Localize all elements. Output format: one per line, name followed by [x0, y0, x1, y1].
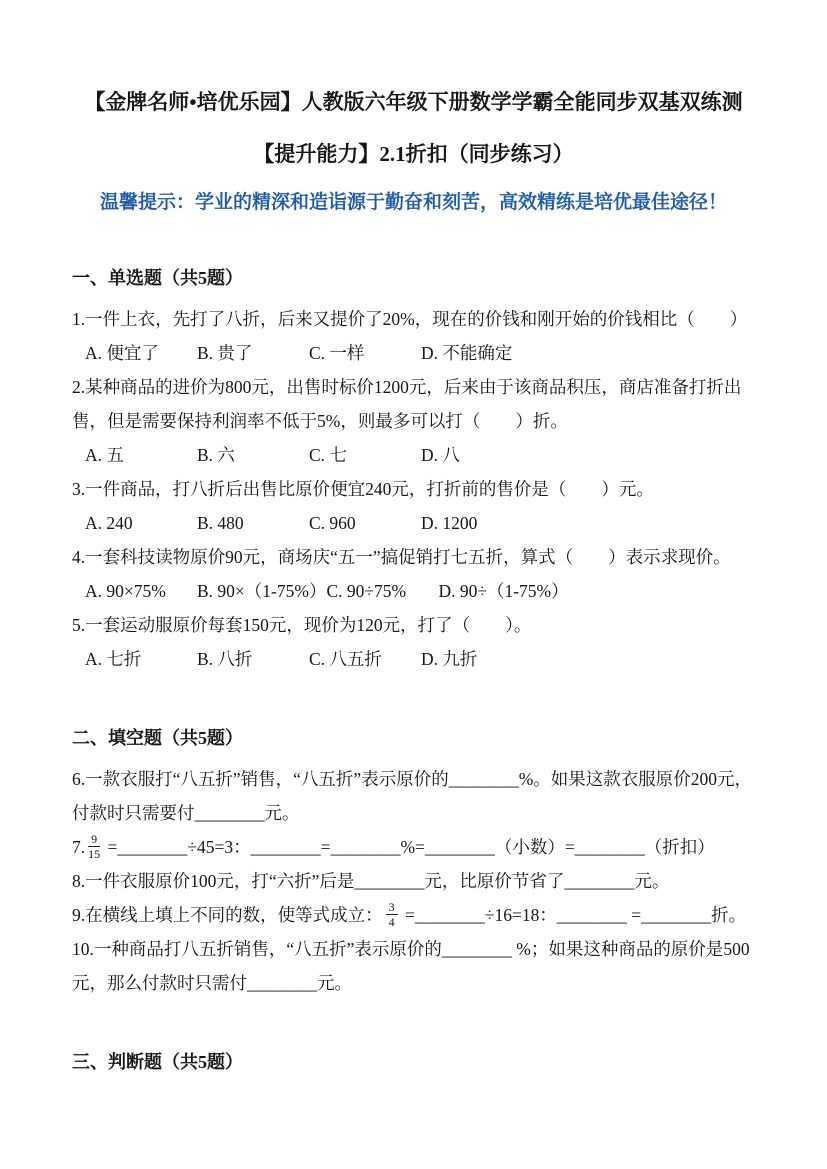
option-1b: B. 贵了 — [197, 336, 309, 370]
question-7-fraction: 915 — [88, 833, 100, 861]
option-2b: B. 六 — [197, 438, 309, 472]
question-9: 9.在横线上填上不同的数，使等式成立：34 =________÷16=18：__… — [72, 898, 755, 932]
options-row-3: A. 240B. 480C. 960D. 1200 — [72, 506, 755, 540]
option-2d: D. 八 — [421, 438, 533, 472]
option-1a: A. 便宜了 — [85, 336, 197, 370]
option-2a: A. 五 — [85, 438, 197, 472]
tip-text: 温馨提示：学业的精深和造诣源于勤奋和刻苦，高效精练是培优最佳途径！ — [72, 190, 755, 216]
fraction-numerator: 9 — [88, 833, 100, 848]
question-5: 5.一套运动服原价每套150元，现价为120元，打了（ ）。 — [72, 608, 755, 642]
options-row-1: A. 便宜了B. 贵了C. 一样D. 不能确定 — [72, 336, 755, 370]
question-3: 3.一件商品，打八折后出售比原价便宜240元，打折前的售价是（ ）元。 — [72, 472, 755, 506]
page-subtitle: 【提升能力】2.1折扣（同步练习） — [72, 140, 755, 168]
option-3a: A. 240 — [85, 506, 197, 540]
question-9-rest: =________÷16=18：________ =________折。 — [401, 905, 746, 925]
question-4: 4.一套科技读物原价90元，商场庆“五一”搞促销打七五折，算式（ ）表示求现价。 — [72, 540, 755, 574]
option-4b: B. 90×（1-75%） — [197, 574, 326, 608]
option-5a: A. 七折 — [85, 642, 197, 676]
question-8: 8.一件衣服原价100元，打“六折”后是________元，比原价节省了____… — [72, 864, 755, 898]
section-heading-judge: 三、判断题（共5题） — [72, 1050, 755, 1074]
question-7-prefix: 7. — [72, 837, 85, 857]
fraction-numerator: 3 — [386, 901, 398, 916]
section-heading-fill: 二、填空题（共5题） — [72, 726, 755, 750]
option-4c: C. 90÷75% — [326, 574, 438, 608]
option-1d: D. 不能确定 — [421, 336, 533, 370]
options-row-5: A. 七折B. 八折C. 八五折D. 九折 — [72, 642, 755, 676]
question-9-prefix: 9.在横线上填上不同的数，使等式成立： — [72, 905, 383, 925]
question-9-fraction: 34 — [386, 901, 398, 929]
question-7: 7.915 =________÷45=3：________=________%=… — [72, 830, 755, 864]
option-5b: B. 八折 — [197, 642, 309, 676]
option-3b: B. 480 — [197, 506, 309, 540]
question-1: 1.一件上衣，先打了八折，后来又提价了20%，现在的价钱和刚开始的价钱相比（ ） — [72, 302, 755, 336]
option-1c: C. 一样 — [309, 336, 421, 370]
options-row-4: A. 90×75%B. 90×（1-75%）C. 90÷75%D. 90÷（1-… — [72, 574, 755, 608]
option-4d: D. 90÷（1-75%） — [438, 574, 568, 608]
question-10: 10.一种商品打八五折销售，“八五折”表示原价的________ %；如果这种商… — [72, 932, 755, 1000]
option-2c: C. 七 — [309, 438, 421, 472]
fraction-denominator: 4 — [386, 915, 398, 929]
option-3d: D. 1200 — [421, 506, 533, 540]
option-3c: C. 960 — [309, 506, 421, 540]
worksheet-page: 【金牌名师•培优乐园】人教版六年级下册数学学霸全能同步双基双练测 【提升能力】2… — [0, 0, 827, 1169]
option-4a: A. 90×75% — [85, 574, 197, 608]
option-5d: D. 九折 — [421, 642, 533, 676]
question-6: 6.一款衣服打“八五折”销售，“八五折”表示原价的________%。如果这款衣… — [72, 762, 755, 830]
options-row-2: A. 五B. 六C. 七D. 八 — [72, 438, 755, 472]
page-title: 【金牌名师•培优乐园】人教版六年级下册数学学霸全能同步双基双练测 — [72, 88, 755, 116]
section-heading-choice: 一、单选题（共5题） — [72, 266, 755, 290]
option-5c: C. 八五折 — [309, 642, 421, 676]
question-7-rest: =________÷45=3：________=________%=______… — [103, 837, 715, 857]
question-2: 2.某种商品的进价为800元，出售时标价1200元，后来由于该商品积压，商店准备… — [72, 370, 755, 438]
fraction-denominator: 15 — [88, 847, 100, 861]
